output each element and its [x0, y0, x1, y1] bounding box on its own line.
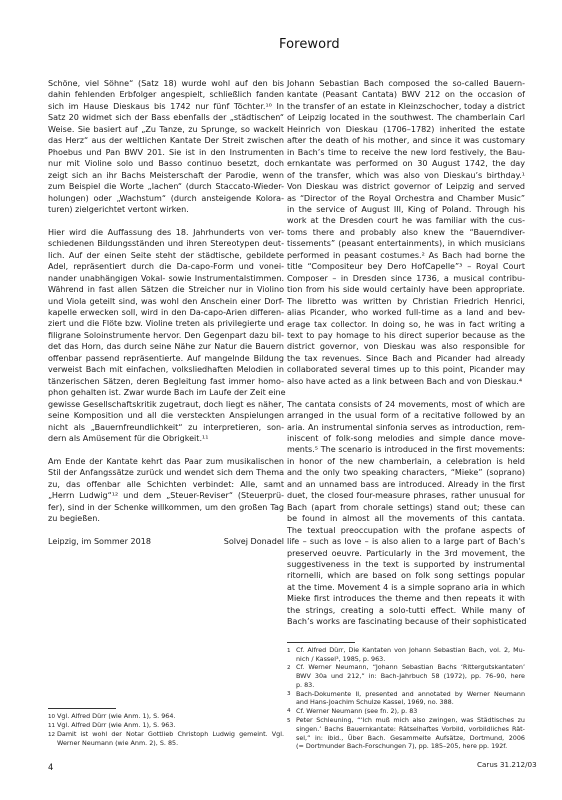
text-line: zu, das offenbar alle Schichten verbinde… [48, 479, 284, 490]
left-column: Schöne, viel Söhne“ (Satz 18) wurde wohl… [48, 78, 284, 547]
text-line: Satz 20 widmet sich der Bass ebenfalls d… [48, 112, 284, 123]
text-line: Phoebus und Pan BWV 201. Sie ist in den … [48, 147, 284, 158]
text-line: in honor of the new chamberlain, a celeb… [287, 456, 525, 467]
text-line: Hier wird die Auffassung des 18. Jahrhun… [48, 227, 284, 238]
text-line: verweist Bach mit einfachen, volksliedha… [48, 364, 284, 375]
text-line: „Herrn Ludwig“¹² und dem „Steuer-Reviser… [48, 490, 284, 501]
text-line: as “Director of the Royal Orchestra and … [287, 193, 525, 204]
text-line: gewisse Gesellschaftskritik zugetraut, d… [48, 399, 284, 410]
paragraph: The cantata consists of 24 movements, mo… [287, 399, 525, 628]
text-line: Schöne, viel Söhne“ (Satz 18) wurde wohl… [48, 78, 284, 89]
footnote: 1 Cf. Alfred Dürr, Die Kantaten von Joha… [287, 646, 525, 663]
footnote-number: 10 [48, 712, 57, 721]
text-line: alias Picander, who worked full-time as … [287, 307, 525, 318]
text-line: nander unabhängigen Vokal- sowie Instrum… [48, 273, 284, 284]
author-name: Solvej Donadel [224, 536, 284, 547]
footnote-divider [287, 642, 355, 643]
footnote-number: 1 [287, 646, 296, 663]
text-line: life – such as love – is also alien to a… [287, 536, 525, 547]
footnote-number: 5 [287, 716, 296, 751]
text-line: Von Dieskau was district governor of Lei… [287, 181, 525, 192]
text-line: seine Komposition und all die versteckte… [48, 410, 284, 421]
footnote-text: Cf. Werner Neumann (see fn. 2), p. 83 [296, 707, 525, 716]
text-line: filigrane Soloinstrumente hervor. Den Ge… [48, 330, 284, 341]
text-line: das Herz“ aus der weltlichen Kantate Der… [48, 135, 284, 146]
page-number: 4 [48, 762, 53, 772]
document-page: Foreword Schöne, viel Söhne“ (Satz 18) w… [0, 0, 562, 800]
footnote-text: nich / Kassel³, 1985, p. 963. [296, 655, 525, 664]
footnote: 4 Cf. Werner Neumann (see fn. 2), p. 83 [287, 707, 525, 716]
footnote: 10 Vgl. Alfred Dürr (wie Anm. 1), S. 964… [48, 712, 284, 721]
text-line: The libretto was written by Christian Fr… [287, 296, 525, 307]
text-line: fer), sind in der Schenke willkommen, um… [48, 502, 284, 513]
text-line: work at the Dresden court he was familia… [287, 215, 525, 226]
footnote-number: 2 [287, 663, 296, 689]
text-line: Während in fast allen Sätzen die Streich… [48, 284, 284, 295]
text-line: iniscent of folk-song melodies and simpl… [287, 433, 525, 444]
text-line: Am Ende der Kantate kehrt das Paar zum m… [48, 456, 284, 467]
signature: Leipzig, im Sommer 2018 Solvej Donadel [48, 536, 284, 547]
footnote-text: Vgl. Alfred Dürr (wie Anm. 1), S. 963. [57, 721, 284, 730]
text-line: zeigt sich an ihr Bachs Meisterschaft de… [48, 170, 284, 181]
text-line: det das Horn, das durch seine Nähe zur N… [48, 341, 284, 352]
text-line: schiedenen Bildungsständen und ihren Ste… [48, 238, 284, 249]
footnote-text: Peter Schleuning, “‘Ich muß mich also zw… [296, 716, 525, 725]
text-line: in the service of August III, King of Po… [287, 204, 525, 215]
footnote-text: p. 83. [296, 681, 525, 690]
text-line: text to pay homage to his direct superio… [287, 330, 525, 341]
text-line: dahin fehlenden Erbfolger angespielt, sc… [48, 89, 284, 100]
text-line: The cantata consists of 24 movements, mo… [287, 399, 525, 410]
paragraph: Hier wird die Auffassung des 18. Jahrhun… [48, 227, 284, 445]
text-line: The textual preoccupation with the profa… [287, 525, 525, 536]
text-line: toms there and probably also knew the “B… [287, 227, 525, 238]
text-line: zu begießen. [48, 513, 284, 524]
footnote-text: (= Dortmunder Bach-Forschungen 7), pp. 1… [296, 742, 525, 751]
text-line: phon gehalten ist. Zwar wurde Bach im La… [48, 387, 284, 398]
text-line: ziert und die Flöte bzw. Violine treten … [48, 318, 284, 329]
text-line: Heinrich von Dieskau (1706–1782) inherit… [287, 124, 525, 135]
footnote: 11 Vgl. Alfred Dürr (wie Anm. 1), S. 963… [48, 721, 284, 730]
text-line: kapelle erwecken soll, wird in den Da-ca… [48, 307, 284, 318]
text-line: aria. An instrumental sinfonia serves as… [287, 422, 525, 433]
text-line: the transfer of an estate in Kleinzschoc… [287, 101, 525, 112]
text-line: at the time. Movement 4 is a simple sopr… [287, 582, 525, 593]
footnote-number: 11 [48, 721, 57, 730]
footnote-number: 4 [287, 707, 296, 716]
footnote-text: Damit ist wohl der Notar Gottlieb Christ… [57, 730, 284, 739]
text-line: tissements” (peasant entertainments), in… [287, 238, 525, 249]
text-line: be found in almost all the movements of … [287, 513, 525, 524]
text-line: preserved oeuvre. Particularly in the 3r… [287, 548, 525, 559]
text-line: offenbar passend repräsentierte. Auf man… [48, 353, 284, 364]
text-line: Johann Sebastian Bach composed the so-ca… [287, 78, 525, 89]
left-footnotes: 10 Vgl. Alfred Dürr (wie Anm. 1), S. 964… [48, 712, 284, 748]
text-line: the strings, creating a solo-tutti effec… [287, 605, 525, 616]
footnote: 12 Damit ist wohl der Notar Gottlieb Chr… [48, 730, 284, 747]
footnote-number: 3 [287, 690, 296, 707]
text-line: sich im Hause Dieskaus bis 1742 nur fünf… [48, 101, 284, 112]
text-line: title “Compositeur bey Dero HofCapelle”³… [287, 261, 525, 272]
text-line: holungen) oder „Wachstum“ (durch ansteig… [48, 193, 284, 204]
text-line: the tax revenues. Since Bach and Picande… [287, 353, 525, 364]
footnote-text: BWV 30a und 212,” in: Bach-Jahrbuch 58 (… [296, 672, 525, 681]
text-line: collaborated several times up to this po… [287, 364, 525, 375]
text-line: ments.⁵ The scenario is introduced in th… [287, 444, 525, 455]
text-line: nur mit Violine solo und Basso continuo … [48, 158, 284, 169]
text-line: performed in peasant costumes.² As Bach … [287, 250, 525, 261]
text-line: Stil der Anfangssätze zurück und wendet … [48, 467, 284, 478]
footnote-text: Bach-Dokumente II, presented and annotat… [296, 690, 525, 699]
text-line: kantate (Peasant Cantata) BWV 212 on the… [287, 89, 525, 100]
text-line: and the only two speaking characters, “M… [287, 467, 525, 478]
text-line: dern als Amüsement für die Obrigkeit.¹¹ [48, 433, 284, 444]
footnote-text: Werner Neumann (wie Anm. 2), S. 85. [57, 739, 284, 748]
text-line: suggestiveness in the text is supported … [287, 559, 525, 570]
text-line: nicht als „Bauernfreundlichkeit“ zu inte… [48, 422, 284, 433]
footnote-divider [48, 708, 116, 709]
footnote: 3 Bach-Dokumente II, presented and annot… [287, 690, 525, 707]
text-line: Weise. Sie basiert auf „Zu Tanze, zu Spr… [48, 124, 284, 135]
footnote: 5 Peter Schleuning, “‘Ich muß mich also … [287, 716, 525, 751]
footnote: 2 Cf. Werner Neumann, “Johann Sebastian … [287, 663, 525, 689]
text-line: Bach’s works are fascinating because of … [287, 616, 525, 627]
paragraph: Am Ende der Kantate kehrt das Paar zum m… [48, 456, 284, 525]
text-line: und Viola geteilt sind, was wohl den Ans… [48, 296, 284, 307]
right-column: Johann Sebastian Bach composed the so-ca… [287, 78, 525, 639]
footnote-text: Cf. Alfred Dürr, Die Kantaten von Johann… [296, 646, 525, 655]
text-line: Composer – in Dresden since 1736, a musi… [287, 273, 525, 284]
text-line: also have acted as a link between Bach a… [287, 376, 525, 387]
footnote-text: and Hans-Joachim Schulze Kassel, 1969, n… [296, 698, 525, 707]
text-line: of Leipzig located in the southwest. The… [287, 112, 525, 123]
footnote-text: Vgl. Alfred Dürr (wie Anm. 1), S. 964. [57, 712, 284, 721]
text-line: duet, the closed four-measure phrases, r… [287, 490, 525, 501]
page-title: Foreword [279, 37, 340, 52]
text-line: Bach (apart from chorale settings) stand… [287, 502, 525, 513]
text-line: Adel, repräsentiert durch die Da-capo-Fo… [48, 261, 284, 272]
text-line: arranged in the usual form of a recitati… [287, 410, 525, 421]
paragraph: Johann Sebastian Bach composed the so-ca… [287, 78, 525, 387]
text-line: turen) zielgerichtet vertont wirken. [48, 204, 284, 215]
footnote-text: singen.’ Bachs Bauernkantate: Rätselhaft… [296, 725, 525, 734]
text-line: lich. Auf der einen Seite steht der städ… [48, 250, 284, 261]
text-line: zum Beispiel die Worte „lachen“ (durch S… [48, 181, 284, 192]
text-line: and an unnamed bass are introduced. Alre… [287, 479, 525, 490]
footnote-number: 12 [48, 730, 57, 747]
text-line: after the death of his mother, and since… [287, 135, 525, 146]
text-line: Mieke first introduces the theme and the… [287, 593, 525, 604]
paragraph: Schöne, viel Söhne“ (Satz 18) wurde wohl… [48, 78, 284, 215]
text-line: tänzerischen Sätzen, deren Begleitung fa… [48, 376, 284, 387]
text-line: in Bach’s time to receive the new lord f… [287, 147, 525, 158]
right-footnotes: 1 Cf. Alfred Dürr, Die Kantaten von Joha… [287, 646, 525, 751]
text-line: tion from his side would certainly have … [287, 284, 525, 295]
text-line: ritornelli, which are based on folk song… [287, 570, 525, 581]
text-line: of the transfer, which was also von Dies… [287, 170, 525, 181]
footnote-text: sel,” in: ibid., Über Bach. Gesammelte A… [296, 734, 525, 743]
catalog-number: Carus 31.212/03 [477, 760, 537, 769]
text-line: ernkantate was performed on 30 August 17… [287, 158, 525, 169]
text-line: erage tax collector. In doing so, he was… [287, 319, 525, 330]
place-date: Leipzig, im Sommer 2018 [48, 536, 151, 547]
footnote-text: Cf. Werner Neumann, “Johann Sebastian Ba… [296, 663, 525, 672]
text-line: district governor, von Dieskau was also … [287, 341, 525, 352]
